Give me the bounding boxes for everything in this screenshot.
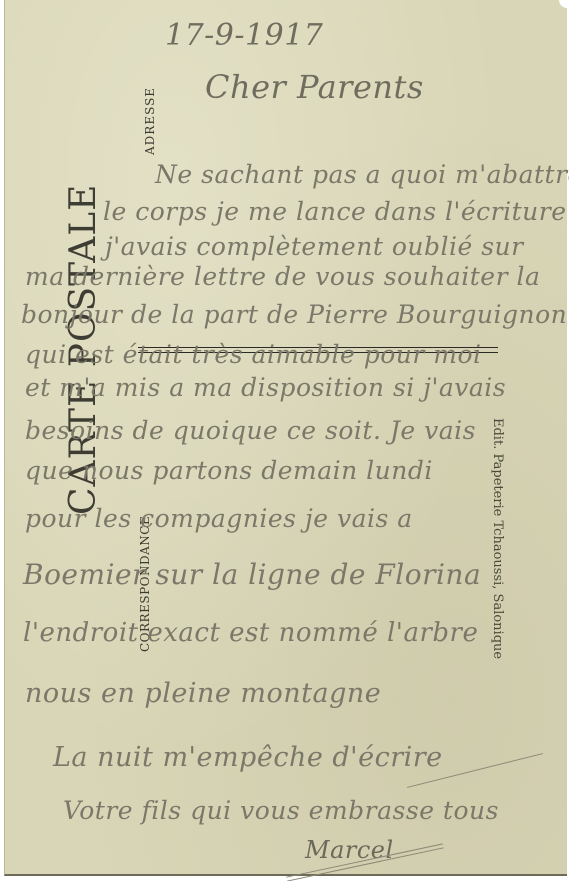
letter-line: nous en pleine montagne — [25, 678, 381, 709]
handwritten-greeting: Cher Parents — [205, 68, 424, 106]
letter-line: j'avais complètement oublié sur — [105, 232, 524, 261]
letter-line: et m'a mis a ma disposition si j'avais — [25, 373, 506, 402]
letter-line: Boemier sur la ligne de Florina — [23, 558, 481, 591]
handwritten-date: 17-9-1917 — [165, 18, 323, 53]
letter-line: qui est était très aimable pour moi — [25, 340, 482, 369]
letter-line: que nous partons demain lundi — [25, 456, 433, 485]
postcard-back: CARTE POSTALE ADRESSE CORRESPONDANCE Edi… — [4, 0, 567, 876]
publisher-imprint: Edit. Papeterie Tchaoussi, Salonique — [490, 418, 505, 659]
letter-line: Ne sachant pas a quoi m'abattre — [155, 160, 569, 189]
letter-line: pour les compagnies je vais a — [25, 504, 413, 533]
letter-line: La nuit m'empêche d'écrire — [53, 742, 443, 773]
torn-corner — [559, 0, 567, 8]
letter-line: besoins de quoique ce soit. Je vais — [25, 416, 476, 445]
letter-line: ma dernière lettre de vous souhaiter la — [25, 262, 540, 291]
letter-line: le corps je me lance dans l'écriture — [103, 197, 567, 226]
letter-line: bonjour de la part de Pierre Bourguignon — [21, 300, 567, 329]
address-label: ADRESSE — [143, 87, 157, 155]
letter-line: Votre fils qui vous embrasse tous — [63, 796, 499, 825]
letter-line: l'endroit exact est nommé l'arbre — [23, 618, 478, 648]
